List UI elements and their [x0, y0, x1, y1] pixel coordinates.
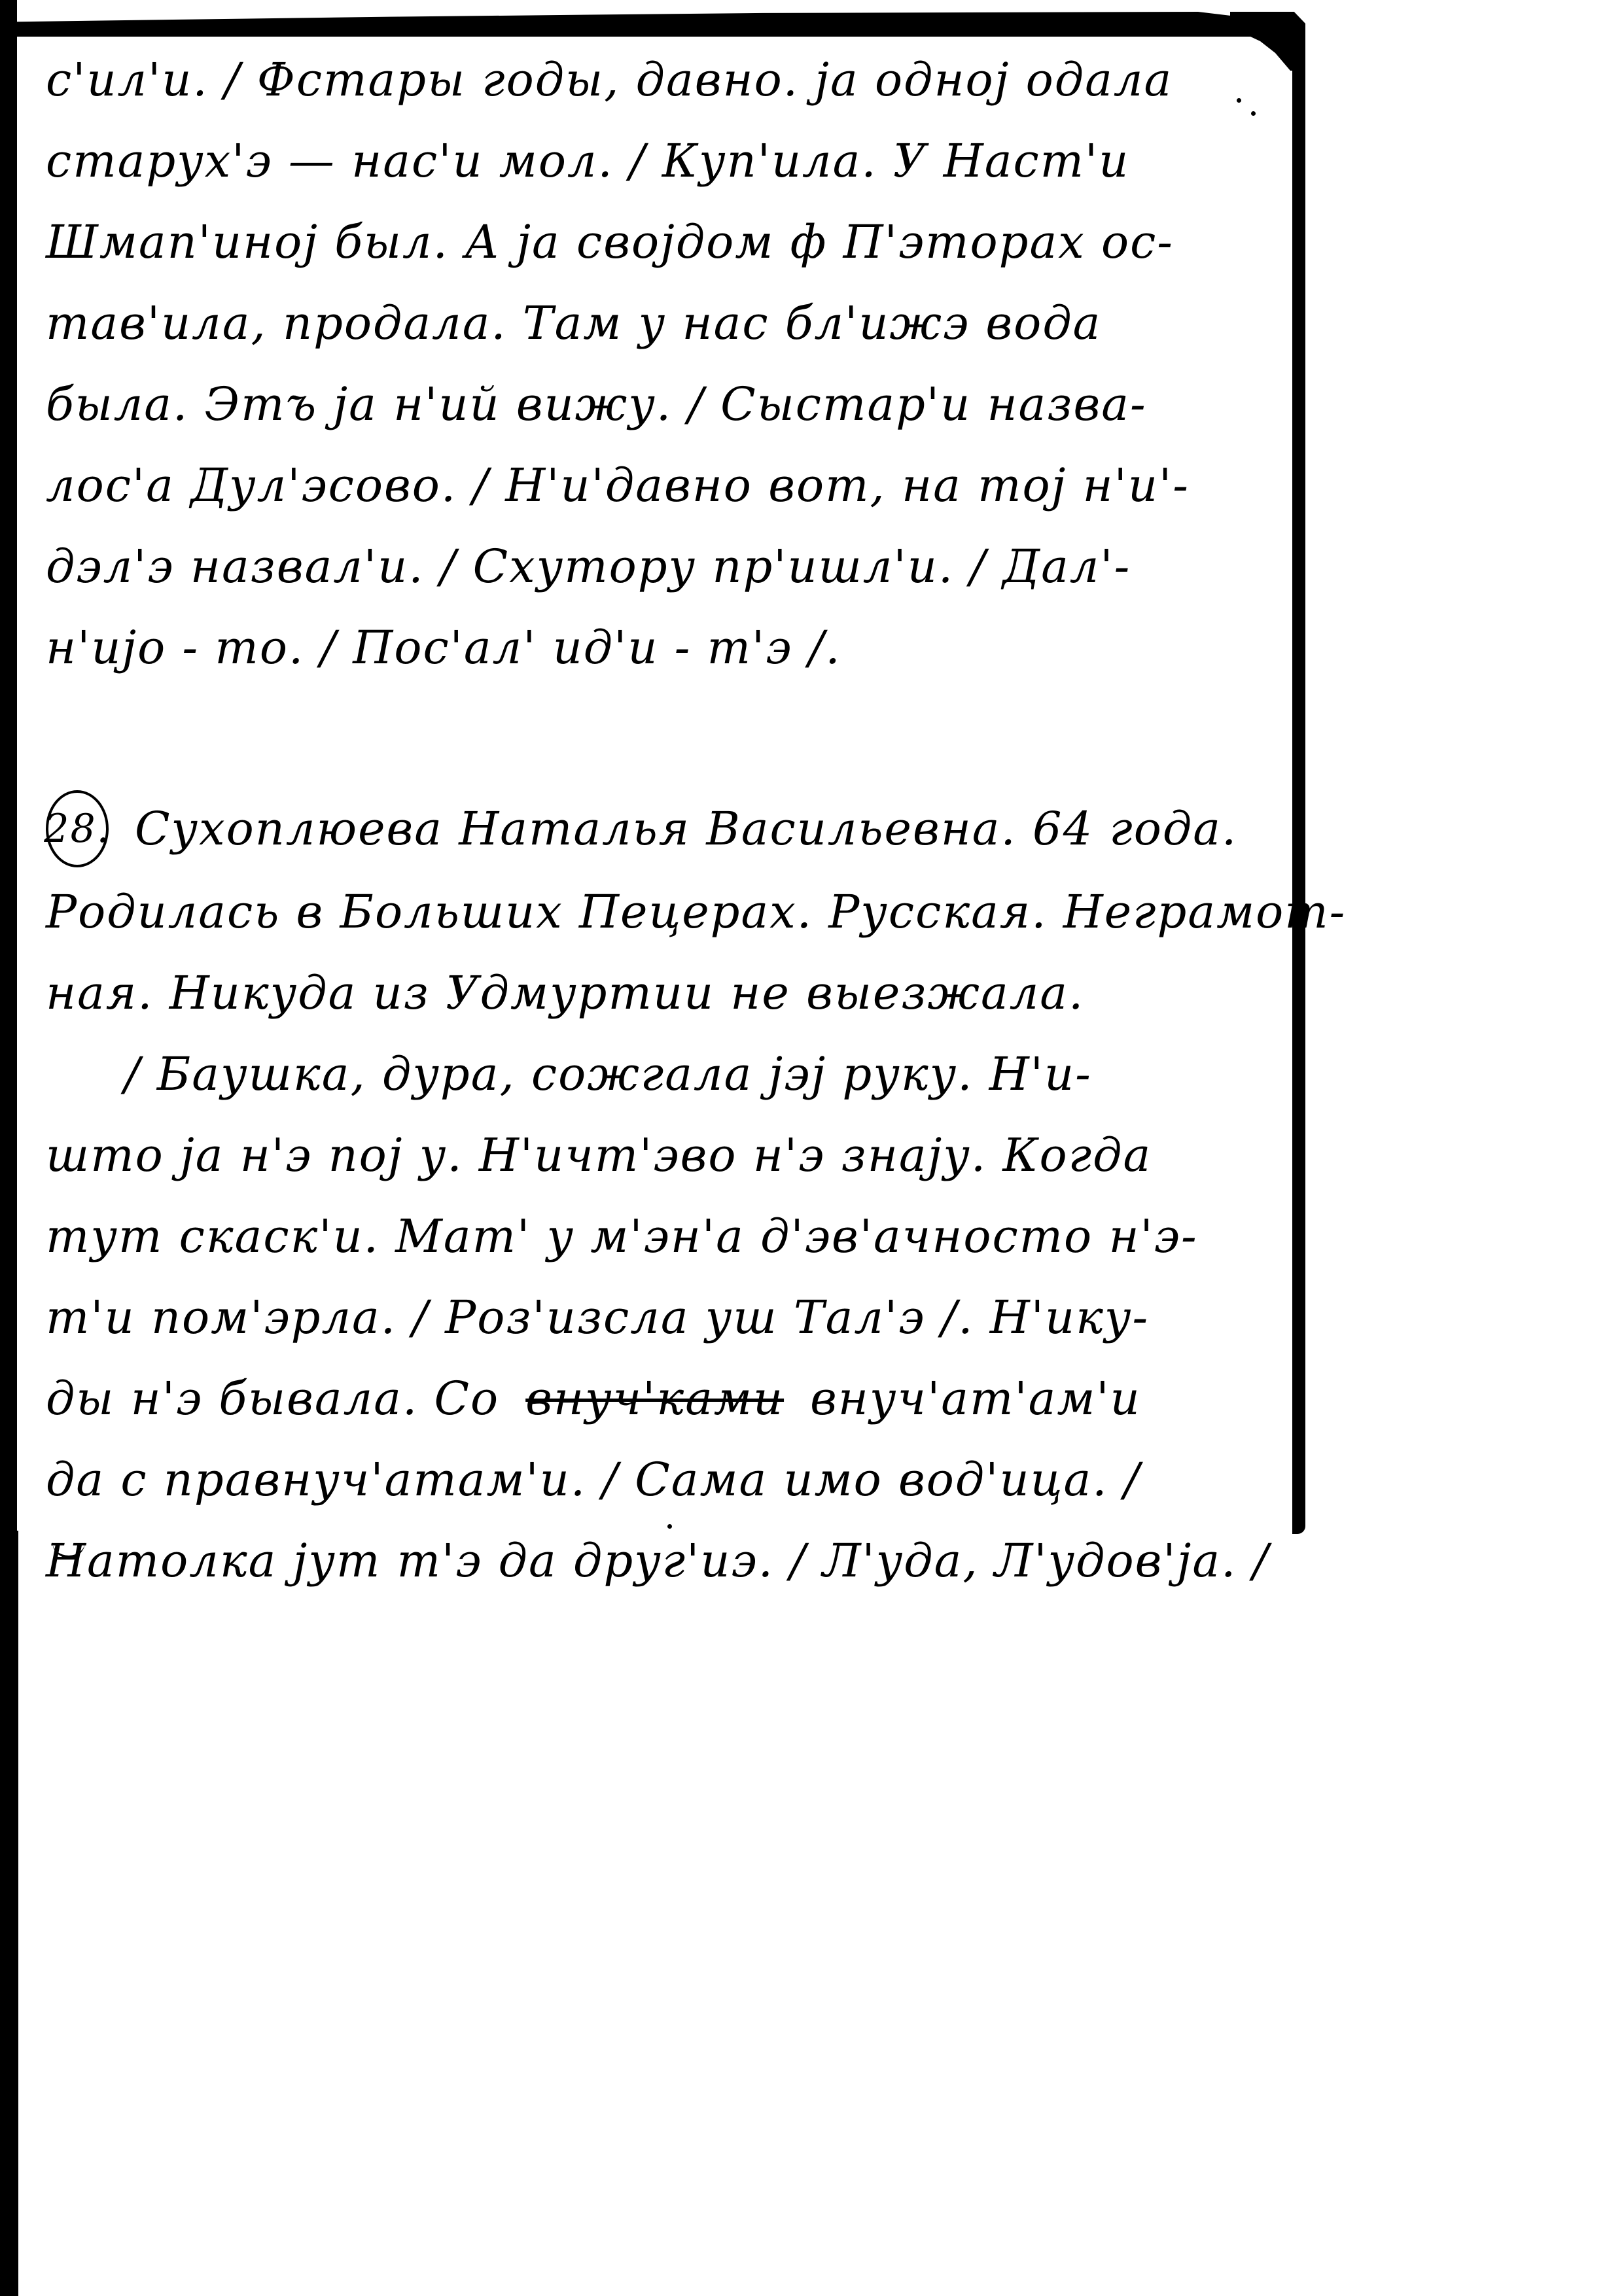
text-line: старух'э — нас'и мол. / Куп'ила. У Наст'…: [46, 120, 1276, 201]
text-line: тав'ила, продала. Там у нас бл'ижэ вода: [46, 283, 1276, 364]
text-line: што ја н'э пој у. Н'ичт'эво н'э знају. К…: [46, 1115, 1276, 1196]
paragraph-2: 28. Сухоплюева Наталья Васильевна. 64 го…: [46, 786, 1276, 1601]
text-line: лос'а Дул'эсово. / Н'и'давно вот, на тој…: [46, 445, 1276, 526]
text-line: дэл'э назвал'и. / Схутору пр'ишл'и. / Да…: [46, 526, 1276, 607]
text-line: да с правнуч'атам'и. / Сама имо вод'ица.…: [46, 1439, 1276, 1520]
ink-speck: [667, 1524, 672, 1529]
ink-speck: [1251, 111, 1256, 116]
entry-number-circled: 28.: [46, 790, 109, 867]
speaker-info-line: ная. Никуда из Удмуртии не выезжала.: [46, 952, 1276, 1034]
speaker-info-line: Родилась в Больших Пецерах. Русская. Нег…: [46, 871, 1276, 952]
scan-border-left-lower: [0, 1531, 18, 2296]
text-line: тут скаск'и. Мат' у м'эн'а д'эв'ачносто …: [46, 1196, 1276, 1277]
struck-out-word: внуч'ками: [525, 1376, 784, 1421]
text-line: была. Этъ ја н'ий вижу. / Сыстар'и назва…: [46, 364, 1276, 445]
text-line: Шмап'инoj был. А ја својдом ф П'этoрах о…: [46, 201, 1276, 283]
paragraph-1: с'ил'и. / Фстары годы, давно. ја одној о…: [46, 39, 1276, 688]
text-line: н'ијо - то. / Пос'ал' ид'и - т'э /.: [46, 607, 1276, 688]
text-line: т'и пом'эрла. / Роз'изсла уш Тал'э /. Н'…: [46, 1277, 1276, 1358]
text-line: / Баушка, дура, сожгала јэј руку. Н'и-: [46, 1034, 1276, 1115]
ink-speck: [1237, 98, 1241, 103]
text-segment: ды н'э бывала. Со: [46, 1376, 499, 1421]
entry-header-line: 28. Сухоплюева Наталья Васильевна. 64 го…: [46, 786, 1276, 871]
scan-border-left: [0, 0, 17, 1531]
speaker-info: Сухоплюева Наталья Васильевна. 64 года.: [135, 806, 1237, 852]
text-line-with-strikethrough: ды н'э бывала. Со внуч'ками внуч'ат'ам'и: [46, 1358, 1276, 1439]
handwritten-text: с'ил'и. / Фстары годы, давно. ја одној о…: [46, 39, 1276, 1601]
scan-border-right: [1292, 29, 1305, 1534]
text-line: Натолка јут т'э да друг'иэ. / Л'уда, Л'у…: [46, 1520, 1276, 1601]
text-line: с'ил'и. / Фстары годы, давно. ја одној о…: [46, 39, 1276, 120]
text-segment: внуч'ат'ам'и: [810, 1376, 1141, 1421]
scanned-page: с'ил'и. / Фстары годы, давно. ја одној о…: [0, 0, 1607, 2296]
scan-border-top: [17, 12, 1260, 37]
